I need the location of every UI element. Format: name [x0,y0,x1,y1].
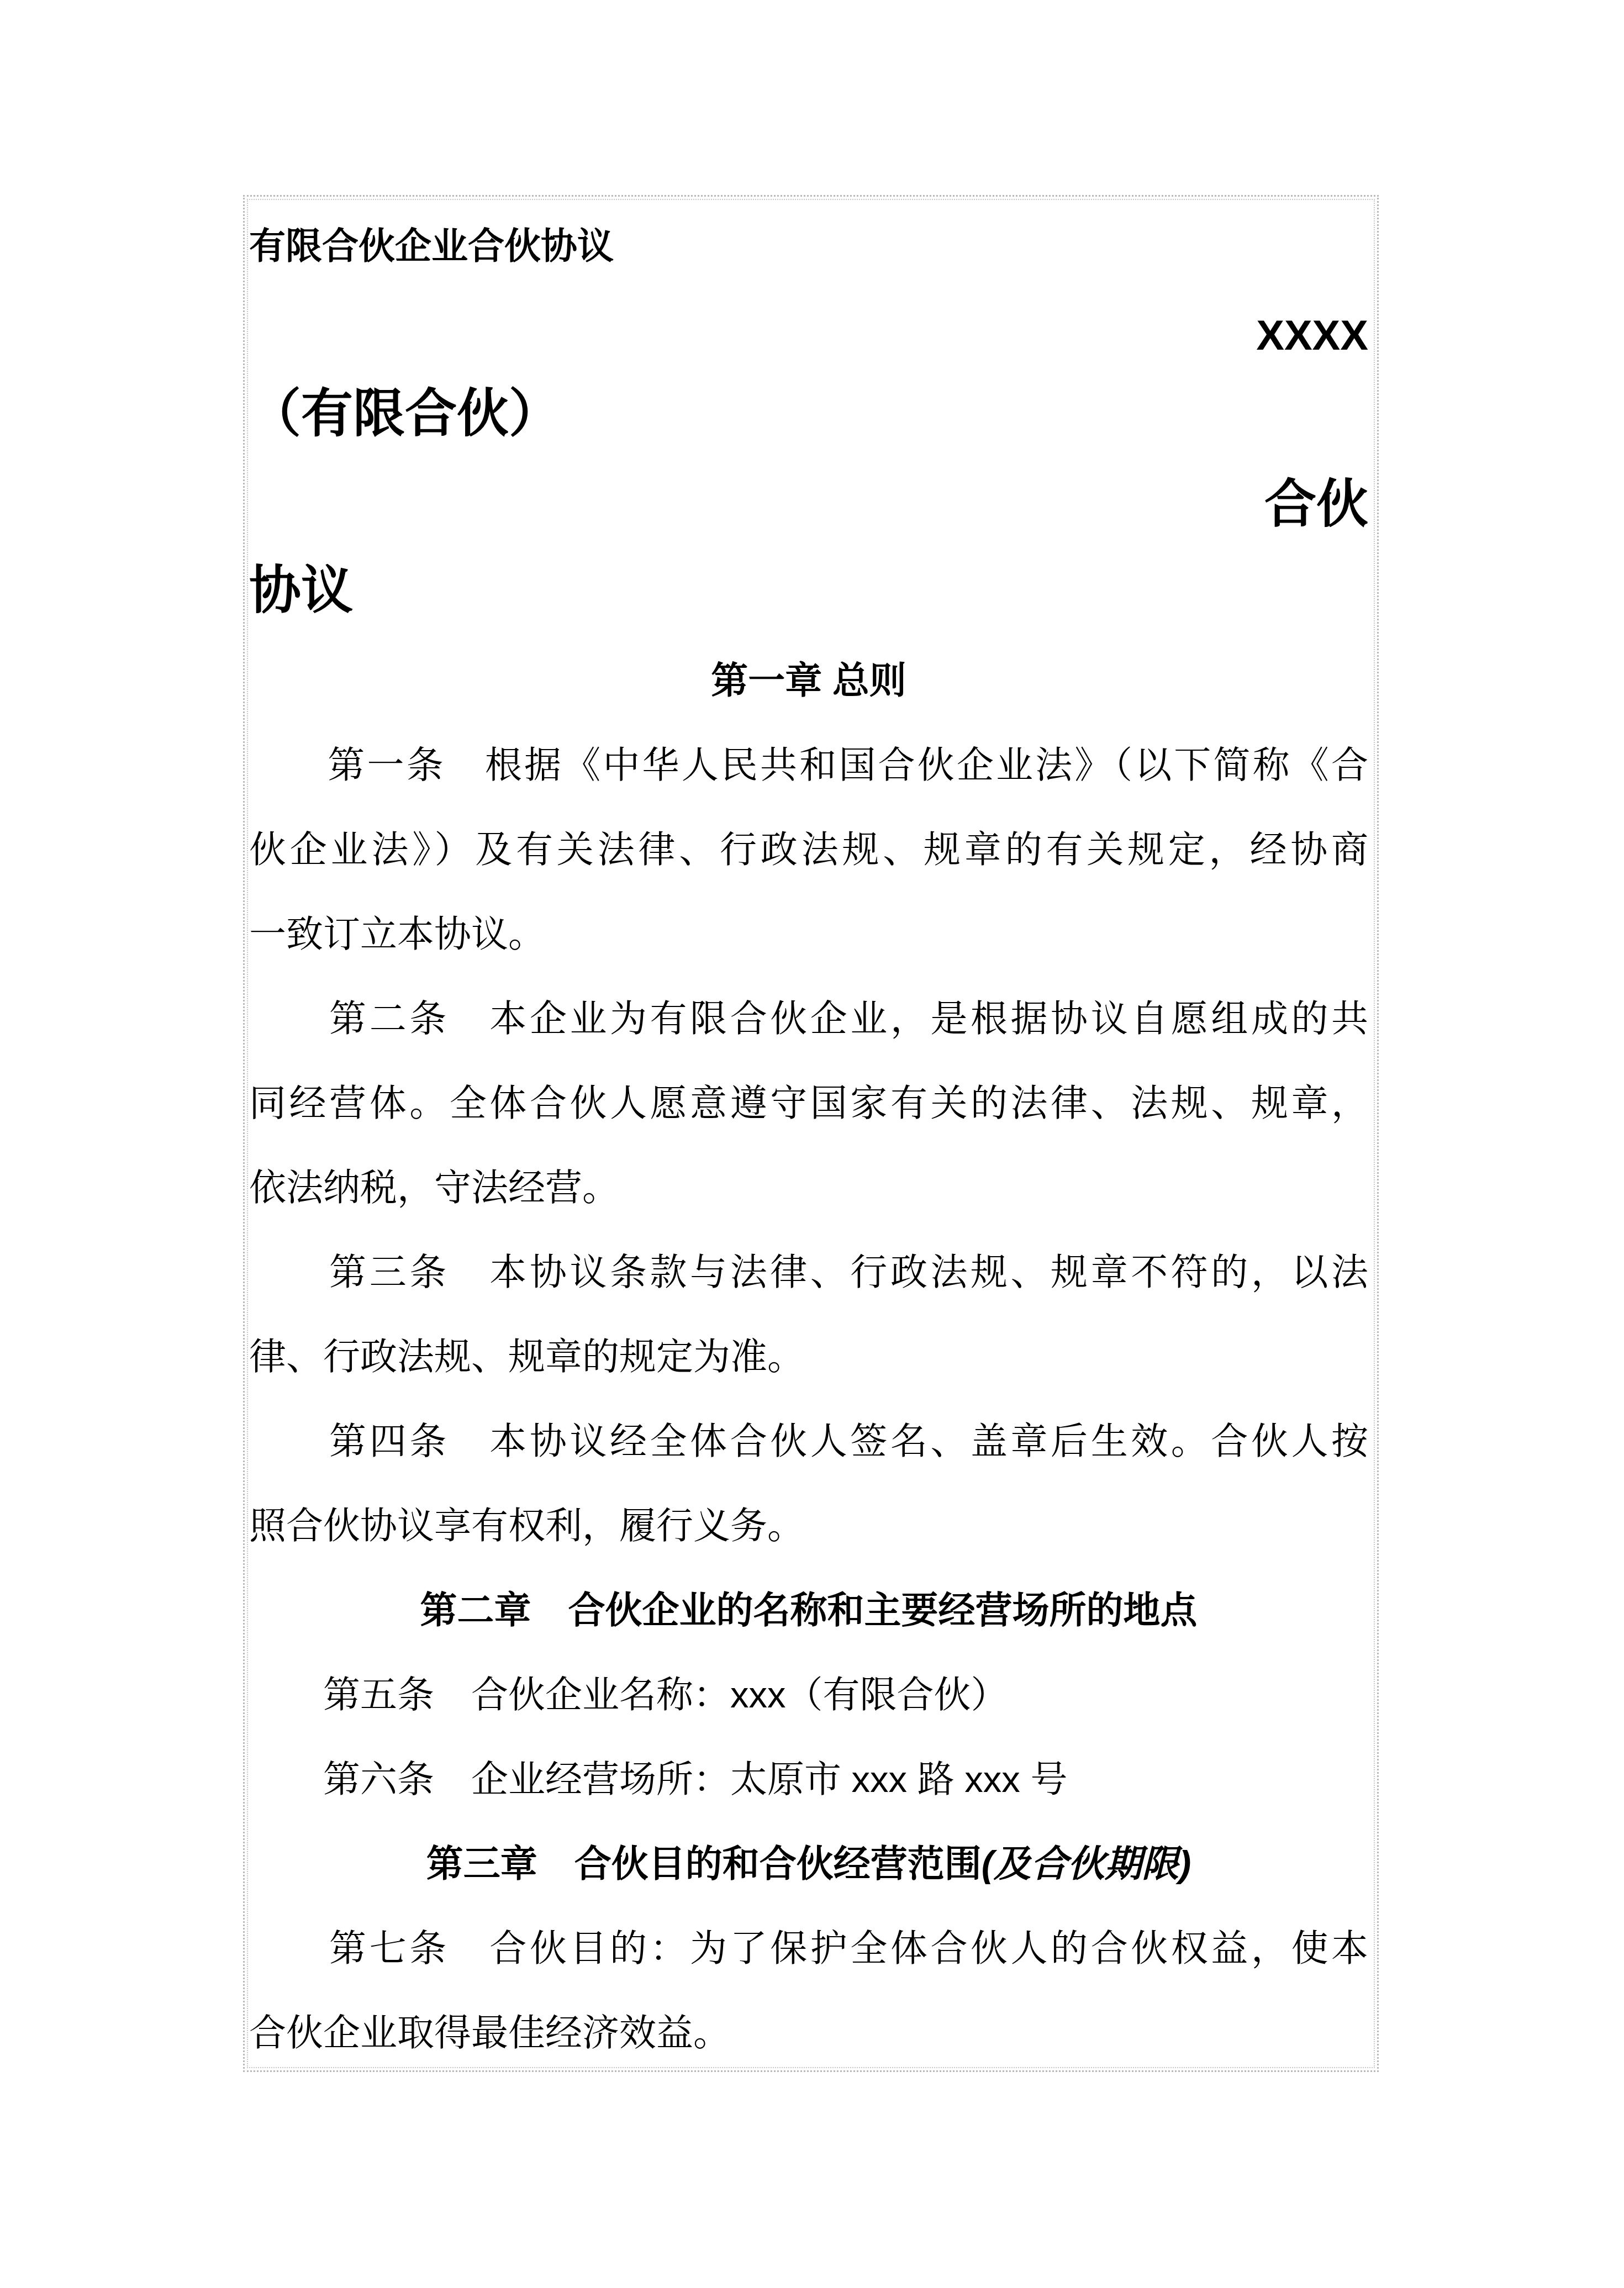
body-line: 律、行政法规、规章的规定为准。 [249,1315,1368,1399]
body-line: 合伙企业取得最佳经济效益。 [249,1991,1368,2075]
document-text-area: 有限合伙企业合伙协议 XXXX （有限合伙） 合伙 协议 第一章 总则 第一条 … [249,197,1368,2070]
document-body: 第一章 总则 第一条 根据《中华人民共和国合伙企业法》（以下简称《合 伙企业法》… [249,639,1368,2075]
partnership-word-heading: 合伙 [249,470,1368,539]
document-border: 有限合伙企业合伙协议 XXXX （有限合伙） 合伙 协议 第一章 总则 第一条 … [243,195,1379,2072]
chapter-3-heading: 第三章 合伙目的和合伙经营范围(及合伙期限) [249,1822,1368,1906]
chapter-3-heading-italic: (及合伙期限) [982,1843,1191,1885]
doc-title: 有限合伙企业合伙协议 [249,221,1368,271]
page: 有限合伙企业合伙协议 XXXX （有限合伙） 合伙 协议 第一章 总则 第一条 … [0,0,1624,2288]
body-line: 第六条 企业经营场所：太原市 xxx 路 xxx 号 [249,1737,1368,1822]
body-line: 依法纳税，守法经营。 [249,1146,1368,1230]
body-line: 第七条 合伙目的：为了保护全体合伙人的合伙权益，使本 [249,1906,1368,1991]
body-line: 第二条 本企业为有限合伙企业，是根据协议自愿组成的共 [249,977,1368,1061]
limited-partnership-heading: （有限合伙） [249,379,1368,448]
chapter-1-heading: 第一章 总则 [249,639,1368,723]
body-line: 同经营体。全体合伙人愿意遵守国家有关的法律、法规、规章， [249,1061,1368,1146]
body-line: 照合伙协议享有权利，履行义务。 [249,1484,1368,1568]
agreement-word-heading: 协议 [249,556,1368,625]
body-line: 第五条 合伙企业名称：xxx（有限合伙） [249,1653,1368,1737]
body-line: 第三条 本协议条款与法律、行政法规、规章不符的，以法 [249,1230,1368,1315]
company-name-placeholder: XXXX [249,305,1368,366]
body-line: 第一条 根据《中华人民共和国合伙企业法》（以下简称《合 [249,723,1368,808]
body-line: 第四条 本协议经全体合伙人签名、盖章后生效。合伙人按 [249,1399,1368,1484]
chapter-3-heading-text: 第三章 合伙目的和合伙经营范围 [426,1843,982,1885]
body-line: 一致订立本协议。 [249,892,1368,977]
chapter-2-heading: 第二章 合伙企业的名称和主要经营场所的地点 [249,1568,1368,1653]
body-line: 伙企业法》）及有关法律、行政法规、规章的有关规定，经协商 [249,808,1368,892]
